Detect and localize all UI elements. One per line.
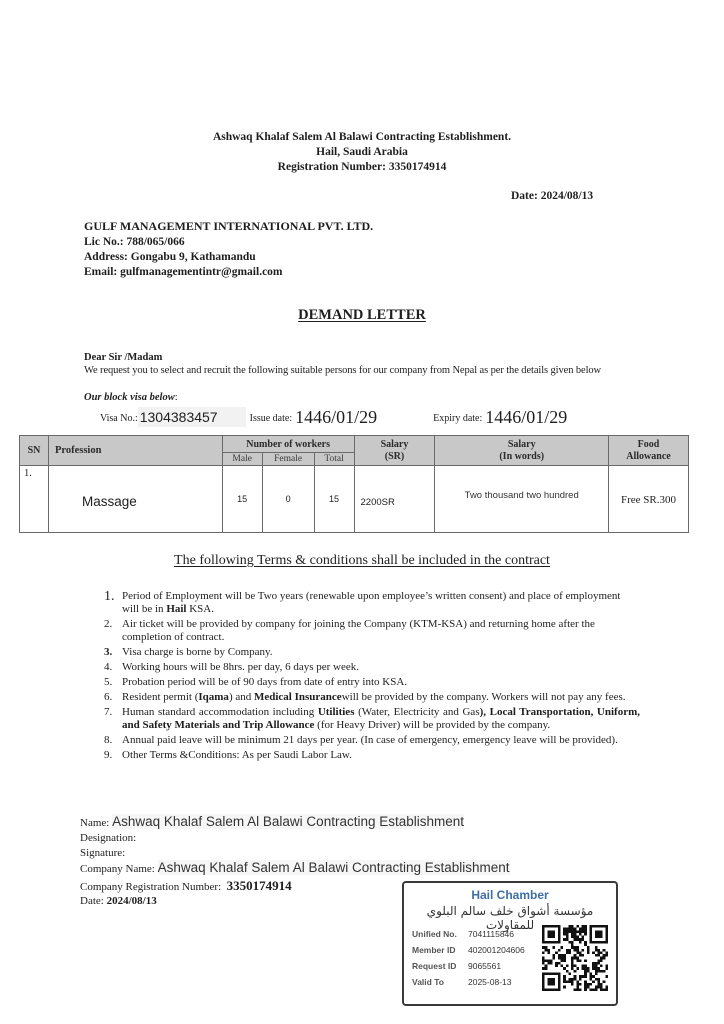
term-number: 7. xyxy=(104,706,122,732)
date-label: Date: xyxy=(80,895,104,907)
header-profession: Profession xyxy=(48,436,222,466)
term-item: 6.Resident permit (Iqama) and Medical In… xyxy=(104,691,640,704)
visa-no-value: 1304383457 xyxy=(138,407,246,427)
term-text: Annual paid leave will be minimum 21 day… xyxy=(122,734,640,747)
employer-location: Hail, Saudi Arabia xyxy=(0,145,724,160)
stamp-details: Unified No.7041115846Member ID4020012046… xyxy=(412,929,525,993)
term-text: Resident permit (Iqama) and Medical Insu… xyxy=(122,691,640,704)
term-text: Visa charge is borne by Company. xyxy=(122,646,640,659)
stamp-row-value: 402001204606 xyxy=(468,945,525,961)
name-label: Name: xyxy=(80,817,109,829)
company-name-value: Ashwaq Khalaf Salem Al Balawi Contractin… xyxy=(158,860,510,875)
cell-salary: 2200SR xyxy=(354,466,435,533)
expiry-date-label: Expiry date: xyxy=(433,413,482,427)
issue-date-value: 1446/01/29 xyxy=(295,407,377,427)
company-reg-label: Company Registration Number: xyxy=(80,881,221,893)
visa-no-label: Visa No.: xyxy=(100,413,138,427)
qr-code-icon xyxy=(542,923,608,993)
signatory-name: Name: Ashwaq Khalaf Salem Al Balawi Cont… xyxy=(80,814,464,829)
name-value: Ashwaq Khalaf Salem Al Balawi Contractin… xyxy=(112,814,464,829)
term-number: 2. xyxy=(104,618,122,644)
intro-paragraph: We request you to select and recruit the… xyxy=(84,365,601,376)
term-item: 8.Annual paid leave will be minimum 21 d… xyxy=(104,734,640,747)
company-reg-value: 3350174914 xyxy=(227,878,292,893)
stamp-row: Request ID9065561 xyxy=(412,961,525,977)
term-number: 9. xyxy=(104,749,122,762)
stamp-title: Hail Chamber xyxy=(404,888,616,902)
cell-profession: Massage xyxy=(48,466,222,533)
term-number: 4. xyxy=(104,661,122,674)
header-female: Female xyxy=(262,453,314,466)
term-number: 6. xyxy=(104,691,122,704)
cell-sn: 1. xyxy=(20,466,49,533)
stamp-row: Valid To2025-08-13 xyxy=(412,977,525,993)
company-name-label: Company Name: xyxy=(80,863,155,875)
header-salary-sr: Salary(SR) xyxy=(354,436,435,466)
term-text: Probation period will be of 90 days from… xyxy=(122,676,640,689)
cell-total: 15 xyxy=(314,466,354,533)
header-salary-words-line1: Salary xyxy=(435,439,608,451)
term-text: Other Terms &Conditions: As per Saudi La… xyxy=(122,749,640,762)
terms-title-text: The following Terms & conditions shall b… xyxy=(174,553,550,568)
agency-address: Address: Gongabu 9, Kathamandu xyxy=(84,250,256,266)
header-salary-sr-line1: Salary xyxy=(355,439,435,451)
term-number: 8. xyxy=(104,734,122,747)
cell-salary-words: Two thousand two hundred xyxy=(435,466,609,533)
document-title-text: DEMAND LETTER xyxy=(298,307,426,323)
terms-list: 1.Period of Employment will be Two years… xyxy=(104,590,640,764)
agency-email: Email: gulfmanagementintr@gmail.com xyxy=(84,265,283,281)
table-row: 1. Massage 15 0 15 2200SR Two thousand t… xyxy=(20,466,689,533)
term-text: Working hours will be 8hrs. per day, 6 d… xyxy=(122,661,640,674)
stamp-row-value: 7041115846 xyxy=(468,929,514,945)
header-food-allowance: FoodAllowance xyxy=(609,436,689,466)
agency-license: Lic No.: 788/065/066 xyxy=(84,235,185,251)
term-item: 2.Air ticket will be provided by company… xyxy=(104,618,640,644)
company-name: Company Name: Ashwaq Khalaf Salem Al Bal… xyxy=(80,860,510,875)
header-sn: SN xyxy=(20,436,49,466)
header-total: Total xyxy=(314,453,354,466)
header-salary-words: Salary(In words) xyxy=(435,436,609,466)
term-item: 5.Probation period will be of 90 days fr… xyxy=(104,676,640,689)
stamp-row: Unified No.7041115846 xyxy=(412,929,525,945)
cell-female: 0 xyxy=(262,466,314,533)
block-visa-label: Our block visa below xyxy=(84,392,175,403)
term-item: 3.Visa charge is borne by Company. xyxy=(104,646,640,659)
term-item: 4.Working hours will be 8hrs. per day, 6… xyxy=(104,661,640,674)
agency-name: GULF MANAGEMENT INTERNATIONAL PVT. LTD. xyxy=(84,219,373,235)
term-item: 9.Other Terms &Conditions: As per Saudi … xyxy=(104,749,640,762)
stamp-row-label: Request ID xyxy=(412,961,468,977)
letter-date: Date: 2024/08/13 xyxy=(511,190,593,202)
cell-food-allowance: Free SR.300 xyxy=(609,466,689,533)
term-item: 1.Period of Employment will be Two years… xyxy=(104,590,640,616)
signature-line: Signature: xyxy=(80,847,125,859)
date-value: 2024/08/13 xyxy=(107,895,157,907)
demand-table: SN Profession Number of workers Salary(S… xyxy=(19,435,689,533)
salutation: Dear Sir /Madam xyxy=(84,352,162,363)
stamp-row-label: Unified No. xyxy=(412,929,468,945)
header-food-line2: Allowance xyxy=(609,451,688,463)
term-number: 1. xyxy=(104,590,122,616)
expiry-date-value: 1446/01/29 xyxy=(485,407,567,427)
signature-date: Date: 2024/08/13 xyxy=(80,895,157,907)
term-text: Air ticket will be provided by company f… xyxy=(122,618,640,644)
term-number: 5. xyxy=(104,676,122,689)
issue-date-label: Issue date: xyxy=(250,413,293,427)
term-item: 7.Human standard accommodation including… xyxy=(104,706,640,732)
cell-male: 15 xyxy=(222,466,262,533)
term-text: Period of Employment will be Two years (… xyxy=(122,590,640,616)
employer-registration: Registration Number: 3350174914 xyxy=(0,160,724,175)
visa-details: Visa No.: 1304383457 Issue date: 1446/01… xyxy=(100,403,567,427)
term-text: Human standard accommodation including U… xyxy=(122,706,640,732)
company-registration: Company Registration Number: 3350174914 xyxy=(80,878,292,894)
employer-name: Ashwaq Khalaf Salem Al Balawi Contractin… xyxy=(0,130,724,145)
header-number-of-workers: Number of workers xyxy=(222,436,354,453)
header-salary-words-line2: (In words) xyxy=(435,451,608,463)
stamp-row-label: Valid To xyxy=(412,977,468,993)
header-salary-sr-line2: (SR) xyxy=(355,451,435,463)
header-food-line1: Food xyxy=(609,439,688,451)
designation: Designation: xyxy=(80,832,136,844)
stamp-row-label: Member ID xyxy=(412,945,468,961)
stamp-row-value: 9065561 xyxy=(468,961,501,977)
term-number: 3. xyxy=(104,646,122,659)
block-visa-heading: Our block visa below: xyxy=(84,392,178,403)
stamp-row-value: 2025-08-13 xyxy=(468,977,511,993)
hail-chamber-stamp: Hail Chamber مؤسسة أشواق خلف سالم البلوي… xyxy=(402,881,618,1006)
stamp-row: Member ID402001204606 xyxy=(412,945,525,961)
header-male: Male xyxy=(222,453,262,466)
document-title: DEMAND LETTER xyxy=(0,307,724,324)
terms-title: The following Terms & conditions shall b… xyxy=(0,553,724,569)
